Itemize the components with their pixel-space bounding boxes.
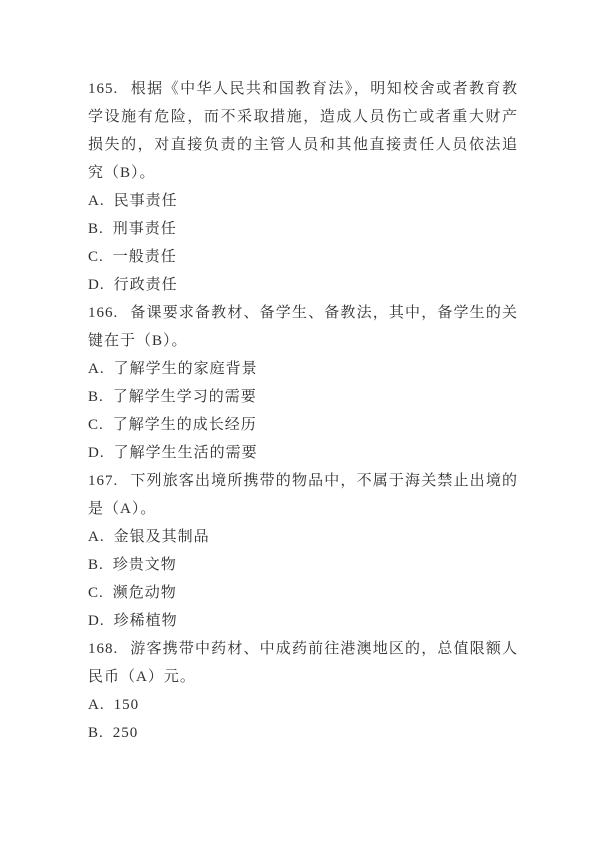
option-a: A.民事责任 [88, 187, 518, 215]
option-text: 250 [113, 725, 139, 741]
option-letter: C. [88, 417, 104, 433]
question-number: 166. [88, 305, 118, 321]
option-text: 珍稀植物 [114, 613, 178, 629]
option-a: A.金银及其制品 [88, 523, 518, 551]
option-b: B.了解学生学习的需要 [88, 383, 518, 411]
option-text: 了解学生的成长经历 [113, 417, 257, 433]
option-b: B.刑事责任 [88, 215, 518, 243]
option-c: C.濒危动物 [88, 579, 518, 607]
option-letter: A. [88, 697, 105, 713]
question-number: 167. [88, 473, 118, 489]
question-number: 168. [88, 641, 118, 657]
option-b: B.珍贵文物 [88, 551, 518, 579]
option-letter: C. [88, 249, 104, 265]
option-letter: A. [88, 529, 105, 545]
option-text: 行政责任 [114, 277, 178, 293]
option-letter: B. [88, 725, 104, 741]
question-number: 165. [88, 81, 118, 97]
question-stem: 167.下列旅客出境所携带的物品中，不属于海关禁止出境的是（A）。 [88, 467, 518, 523]
option-text: 了解学生的家庭背景 [114, 361, 258, 377]
option-text: 金银及其制品 [114, 529, 210, 545]
option-text: 了解学生学习的需要 [113, 389, 257, 405]
option-letter: C. [88, 585, 104, 601]
document-page: 165.根据《中华人民共和国教育法》，明知校舍或者教育教学设施有危险，而不采取措… [0, 0, 600, 849]
option-text: 珍贵文物 [113, 557, 177, 573]
option-letter: D. [88, 613, 105, 629]
question-stem: 166.备课要求备教材、备学生、备教法，其中，备学生的关键在于（B）。 [88, 299, 518, 355]
option-text: 濒危动物 [113, 585, 177, 601]
question-text: 游客携带中药材、中成药前往港澳地区的，总值限额人民币（A）元。 [88, 641, 518, 685]
question-text: 下列旅客出境所携带的物品中，不属于海关禁止出境的是（A）。 [88, 473, 518, 517]
option-d: D.珍稀植物 [88, 607, 518, 635]
question-165: 165.根据《中华人民共和国教育法》，明知校舍或者教育教学设施有危险，而不采取措… [88, 75, 518, 299]
question-167: 167.下列旅客出境所携带的物品中，不属于海关禁止出境的是（A）。 A.金银及其… [88, 467, 518, 635]
option-letter: A. [88, 361, 105, 377]
option-text: 150 [114, 697, 140, 713]
option-a: A.了解学生的家庭背景 [88, 355, 518, 383]
option-letter: D. [88, 445, 105, 461]
option-letter: A. [88, 193, 105, 209]
option-b: B.250 [88, 719, 518, 747]
option-letter: D. [88, 277, 105, 293]
option-c: C.了解学生的成长经历 [88, 411, 518, 439]
question-168: 168.游客携带中药材、中成药前往港澳地区的，总值限额人民币（A）元。 A.15… [88, 635, 518, 747]
question-166: 166.备课要求备教材、备学生、备教法，其中，备学生的关键在于（B）。 A.了解… [88, 299, 518, 467]
option-a: A.150 [88, 691, 518, 719]
option-letter: B. [88, 221, 104, 237]
question-text: 根据《中华人民共和国教育法》，明知校舍或者教育教学设施有危险，而不采取措施，造成… [88, 81, 518, 181]
option-text: 民事责任 [114, 193, 178, 209]
option-text: 刑事责任 [113, 221, 177, 237]
question-stem: 165.根据《中华人民共和国教育法》，明知校舍或者教育教学设施有危险，而不采取措… [88, 75, 518, 187]
question-stem: 168.游客携带中药材、中成药前往港澳地区的，总值限额人民币（A）元。 [88, 635, 518, 691]
option-text: 了解学生生活的需要 [114, 445, 258, 461]
option-letter: B. [88, 389, 104, 405]
option-c: C.一般责任 [88, 243, 518, 271]
option-d: D.行政责任 [88, 271, 518, 299]
option-text: 一般责任 [113, 249, 177, 265]
question-text: 备课要求备教材、备学生、备教法，其中，备学生的关键在于（B）。 [88, 305, 518, 349]
option-letter: B. [88, 557, 104, 573]
option-d: D.了解学生生活的需要 [88, 439, 518, 467]
